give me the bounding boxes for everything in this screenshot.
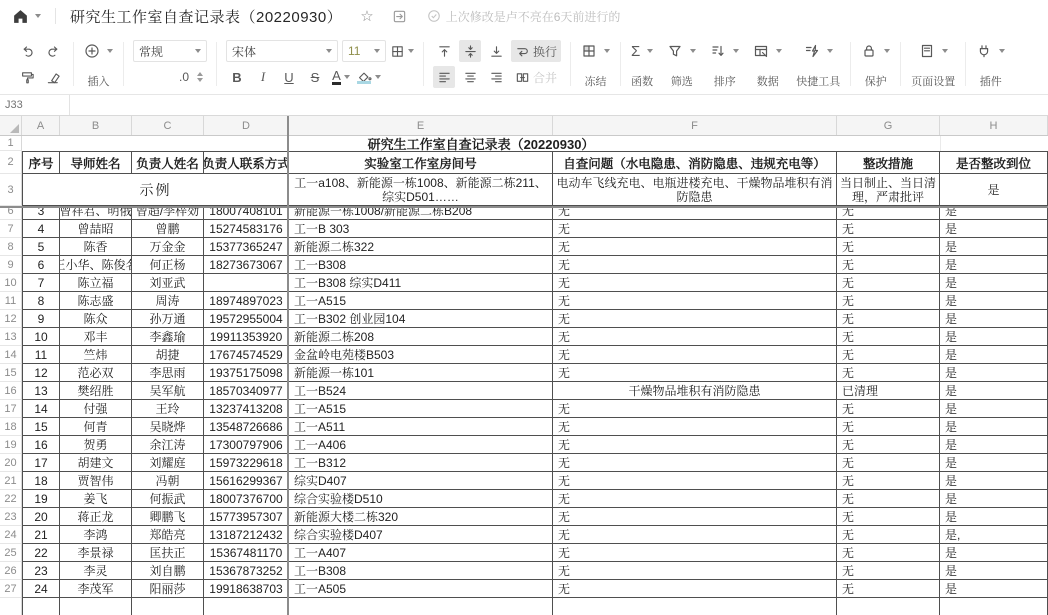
cell-manager[interactable]: 胡捷	[132, 346, 204, 364]
cell-phone[interactable]	[204, 598, 289, 615]
cell-manager[interactable]: 万金金	[132, 238, 204, 256]
cell-mentor[interactable]: 姜飞	[60, 490, 132, 508]
cell-action[interactable]: 无	[837, 418, 940, 436]
valign-top-button[interactable]	[433, 40, 455, 62]
column-header-A[interactable]: A	[22, 116, 60, 135]
cell-mentor[interactable]: 蒋正龙	[60, 508, 132, 526]
cell-done[interactable]: 是,	[940, 526, 1048, 544]
cell-action[interactable]: 无	[837, 526, 940, 544]
sheet-grid: ABCDEFGH 1 研究生工作室自查记录表（20220930） 2 序号 导师…	[0, 116, 1048, 615]
cell-mentor[interactable]: 曾喆昭	[60, 220, 132, 238]
cell-room[interactable]: 金盆岭电苑楼B503	[289, 346, 553, 364]
cell-seq[interactable]: 8	[22, 292, 60, 310]
row-number[interactable]: 16	[0, 382, 22, 400]
filter-button[interactable]: 筛选	[660, 36, 703, 92]
row-number[interactable]: 14	[0, 346, 22, 364]
cell-action[interactable]: 无	[837, 544, 940, 562]
column-header-C[interactable]: C	[132, 116, 204, 135]
cell-phone[interactable]: 17674574529	[204, 346, 289, 364]
cell-action[interactable]: 无	[837, 274, 940, 292]
cell-manager[interactable]: 吴晓烨	[132, 418, 204, 436]
cell-issue[interactable]: 干燥物品堆积有消防隐患	[553, 382, 837, 400]
cell-seq[interactable]: 22	[22, 544, 60, 562]
cell-issue[interactable]: 无	[553, 544, 837, 562]
row-number[interactable]: 2	[0, 151, 22, 174]
column-header-D[interactable]: D	[204, 116, 289, 135]
row-number[interactable]: 19	[0, 436, 22, 454]
row-number[interactable]: 17	[0, 400, 22, 418]
row-number[interactable]: 11	[0, 292, 22, 310]
cell-mentor[interactable]: 李灵	[60, 562, 132, 580]
valign-bottom-icon	[489, 44, 504, 59]
cell-example-action[interactable]: 当日制止、当日清理，严肃批评	[837, 174, 940, 206]
cell-action[interactable]: 无	[837, 310, 940, 328]
cell-issue[interactable]: 无	[553, 328, 837, 346]
cell-seq[interactable]: 10	[22, 328, 60, 346]
cell-header-mentor[interactable]: 导师姓名	[60, 151, 132, 174]
freeze-divider-vertical	[287, 116, 289, 615]
row-number[interactable]: 9	[0, 256, 22, 274]
cell-issue[interactable]: 无	[553, 256, 837, 274]
insert-plus-icon	[84, 43, 100, 59]
chevron-down-icon	[999, 49, 1005, 53]
row-number[interactable]: 8	[0, 238, 22, 256]
cell-issue[interactable]: 无	[553, 454, 837, 472]
cell-action[interactable]: 无	[837, 562, 940, 580]
halign-right-icon	[489, 70, 504, 85]
row-number[interactable]: 3	[0, 174, 22, 206]
cell-issue[interactable]: 无	[553, 526, 837, 544]
cell-done[interactable]: 是	[940, 472, 1048, 490]
cell-mentor[interactable]: 胡建文	[60, 454, 132, 472]
undo-icon	[20, 44, 35, 59]
cell-example-issue[interactable]: 电动车飞线充电、电瓶进楼充电、干燥物品堆积有消防隐患	[553, 174, 837, 206]
cell[interactable]	[940, 136, 1048, 151]
data-rows: 74曾喆昭曾鹏15274583176工一B 303无无是85陈香万金金15377…	[0, 220, 1048, 615]
cell-issue[interactable]: 无	[553, 310, 837, 328]
cell-seq[interactable]: 4	[22, 220, 60, 238]
cell-phone[interactable]	[204, 274, 289, 292]
cell-mentor[interactable]: 贺勇	[60, 436, 132, 454]
font-color-button[interactable]: A	[330, 66, 352, 88]
fill-color-button[interactable]	[356, 66, 381, 88]
cell-header-done[interactable]: 是否整改到位	[940, 151, 1048, 174]
number-format-select[interactable]: 常规	[133, 40, 207, 62]
cell-room[interactable]: 工一B308	[289, 256, 553, 274]
cell-mentor[interactable]: 范必双	[60, 364, 132, 382]
cell-issue[interactable]: 无	[553, 400, 837, 418]
cell-action[interactable]: 无	[837, 508, 940, 526]
cell-done[interactable]: 是	[940, 418, 1048, 436]
cell-done[interactable]: 是	[940, 238, 1048, 256]
cell-header-action[interactable]: 整改措施	[837, 151, 940, 174]
cell-room[interactable]: 新能源大楼二栋320	[289, 508, 553, 526]
halign-center-button[interactable]	[459, 66, 481, 88]
column-header-F[interactable]: F	[553, 116, 837, 135]
table-row: 118陈志盛周涛18974897023工一A515无无是	[0, 292, 1048, 310]
column-header-H[interactable]: H	[940, 116, 1048, 135]
cell-seq[interactable]: 7	[22, 274, 60, 292]
cell-manager[interactable]: 刘耀庭	[132, 454, 204, 472]
cell-room[interactable]: 工一B308 综实D411	[289, 274, 553, 292]
quick-tools-button[interactable]: 快捷工具	[789, 36, 847, 92]
cell-seq[interactable]: 9	[22, 310, 60, 328]
cell-phone[interactable]: 15367873252	[204, 562, 289, 580]
format-painter-icon	[20, 70, 35, 85]
cell-issue[interactable]: 无	[553, 436, 837, 454]
cell-done[interactable]: 是	[940, 208, 1048, 220]
eraser-button[interactable]	[42, 66, 64, 88]
cell-example-done[interactable]: 是	[940, 174, 1048, 206]
cell-phone[interactable]: 13237413208	[204, 400, 289, 418]
cell-room[interactable]: 工一B524	[289, 382, 553, 400]
cell-action[interactable]: 无	[837, 400, 940, 418]
underline-button[interactable]: U	[278, 66, 300, 88]
cell-action[interactable]: 无	[837, 346, 940, 364]
cell-room[interactable]: 综实D407	[289, 472, 553, 490]
cell-manager[interactable]	[132, 598, 204, 615]
cell-phone[interactable]: 18007376700	[204, 490, 289, 508]
cell-room[interactable]: 新能源一栋101	[289, 364, 553, 382]
row-number[interactable]: 10	[0, 274, 22, 292]
cell-seq[interactable]: 3	[22, 208, 60, 220]
cell-issue[interactable]: 无	[553, 238, 837, 256]
cell-phone[interactable]: 15773957307	[204, 508, 289, 526]
cell-phone[interactable]: 18007408101	[204, 208, 289, 220]
cell-action[interactable]: 无	[837, 472, 940, 490]
cell-mentor[interactable]: 陈香	[60, 238, 132, 256]
cell-done[interactable]: 是	[940, 382, 1048, 400]
row-number[interactable]: 7	[0, 220, 22, 238]
app-home-button[interactable]	[12, 8, 41, 25]
row-number[interactable]: 27	[0, 580, 22, 598]
cell-action[interactable]: 无	[837, 238, 940, 256]
cell-phone[interactable]: 15274583176	[204, 220, 289, 238]
redo-button[interactable]	[42, 40, 64, 62]
row-number[interactable]: 25	[0, 544, 22, 562]
row-number[interactable]: 12	[0, 310, 22, 328]
cell-phone[interactable]: 15377365247	[204, 238, 289, 256]
column-header-E[interactable]: E	[289, 116, 553, 135]
cell-issue[interactable]: 无	[553, 274, 837, 292]
valign-middle-button[interactable]	[459, 40, 481, 62]
cell-seq[interactable]: 12	[22, 364, 60, 382]
cell-header-phone[interactable]: 负责人联系方式	[204, 151, 289, 174]
cell-done[interactable]: 是	[940, 436, 1048, 454]
row-number[interactable]: 21	[0, 472, 22, 490]
select-all-triangle-icon	[10, 124, 19, 133]
row-number[interactable]: 6	[0, 208, 22, 220]
cell-issue[interactable]: 无	[553, 346, 837, 364]
cell-done[interactable]: 是	[940, 490, 1048, 508]
fill-color-swatch	[357, 81, 371, 84]
row-number[interactable]: 22	[0, 490, 22, 508]
cell-manager[interactable]: 曾鹏	[132, 220, 204, 238]
table-row: 2118贾智伟冯朝15616299367综实D407无无是	[0, 472, 1048, 490]
cell-seq[interactable]: 5	[22, 238, 60, 256]
cell-phone[interactable]: 19918638703	[204, 580, 289, 598]
cell-seq[interactable]: 20	[22, 508, 60, 526]
cell-done[interactable]: 是	[940, 508, 1048, 526]
bold-button[interactable]: B	[226, 66, 248, 88]
cell-header-issue[interactable]: 自查问题（水电隐患、消防隐患、违规充电等）	[553, 151, 837, 174]
cell-manager[interactable]: 曾超/李梓効	[132, 208, 204, 220]
cell-done[interactable]: 是	[940, 292, 1048, 310]
table-row: 2219姜飞何振武18007376700综合实验楼D510无无是	[0, 490, 1048, 508]
strikethrough-button[interactable]: S	[304, 66, 326, 88]
cell-done[interactable]: 是	[940, 400, 1048, 418]
cell-manager[interactable]: 刘亚武	[132, 274, 204, 292]
cell-manager[interactable]: 冯朝	[132, 472, 204, 490]
function-button[interactable]: Σ 函数	[624, 36, 660, 92]
font-size-select[interactable]: 11	[342, 40, 386, 62]
cell-issue[interactable]	[553, 598, 837, 615]
home-icon	[12, 8, 29, 25]
cell-room[interactable]: 工一A515	[289, 292, 553, 310]
cell-mentor[interactable]: 曾祥君、明俄	[60, 208, 132, 220]
cell-header-room[interactable]: 实验室工作室房间号	[289, 151, 553, 174]
cell-room[interactable]: 工一B 303	[289, 220, 553, 238]
cell-seq[interactable]: 18	[22, 472, 60, 490]
cell-mentor[interactable]: 陈立福	[60, 274, 132, 292]
star-icon[interactable]: ☆	[360, 7, 373, 25]
cell-mentor[interactable]: 樊绍胜	[60, 382, 132, 400]
cell-room[interactable]: 工一B312	[289, 454, 553, 472]
name-box[interactable]: J33	[0, 95, 70, 115]
cell-room[interactable]: 综合实验楼D510	[289, 490, 553, 508]
cell-seq[interactable]: 11	[22, 346, 60, 364]
cell-manager[interactable]: 孙万通	[132, 310, 204, 328]
cell-manager[interactable]: 阳丽莎	[132, 580, 204, 598]
cell-manager[interactable]: 卿鹏飞	[132, 508, 204, 526]
select-all-corner[interactable]	[0, 116, 22, 135]
cell-phone[interactable]: 13187212432	[204, 526, 289, 544]
cell-seq[interactable]: 13	[22, 382, 60, 400]
spreadsheet-app: 研究生工作室自查记录表（20220930） ☆ 上次修改是卢不亮在6天前进行的 …	[0, 0, 1048, 615]
halign-left-button[interactable]	[433, 66, 455, 88]
plugins-button[interactable]: 插件	[969, 36, 1012, 92]
cell-issue[interactable]: 无	[553, 220, 837, 238]
cell-issue[interactable]: 无	[553, 508, 837, 526]
cell-mentor[interactable]: 陈志盛	[60, 292, 132, 310]
cell-done[interactable]: 是	[940, 310, 1048, 328]
table-row: 74曾喆昭曾鹏15274583176工一B 303无无是	[0, 220, 1048, 238]
doc-title[interactable]: 研究生工作室自查记录表（20220930）	[70, 6, 342, 27]
row-number[interactable]	[0, 598, 22, 615]
cell-phone[interactable]: 15973229618	[204, 454, 289, 472]
cell-issue[interactable]: 无	[553, 562, 837, 580]
format-painter-button[interactable]	[16, 66, 38, 88]
cell-mentor[interactable]: 付强	[60, 400, 132, 418]
cell-room[interactable]: 工一B302 创业园104	[289, 310, 553, 328]
table-row: 2623李灵刘自鹏15367873252工一B308无无是	[0, 562, 1048, 580]
cell-issue[interactable]: 无	[553, 580, 837, 598]
cell-room[interactable]: 工一B308	[289, 562, 553, 580]
cell-issue[interactable]: 无	[553, 208, 837, 220]
cell-seq[interactable]	[22, 598, 60, 615]
borders-button[interactable]	[390, 40, 414, 62]
cell-header-seq[interactable]: 序号	[22, 151, 60, 174]
cell-header-manager[interactable]: 负责人姓名	[132, 151, 204, 174]
cell-done[interactable]	[940, 598, 1048, 615]
undo-button[interactable]	[16, 40, 38, 62]
cell-done[interactable]: 是	[940, 364, 1048, 382]
column-header-G[interactable]: G	[837, 116, 940, 135]
cell-action[interactable]: 无	[837, 208, 940, 220]
cell-manager[interactable]: 何正杨	[132, 256, 204, 274]
cell-done[interactable]: 是	[940, 580, 1048, 598]
font-select[interactable]: 宋体	[226, 40, 338, 62]
cell-room[interactable]: 工一A515	[289, 400, 553, 418]
chevron-down-icon	[408, 49, 414, 53]
cell-action[interactable]: 无	[837, 220, 940, 238]
cell-action[interactable]: 无	[837, 328, 940, 346]
cell-manager[interactable]: 刘自鹏	[132, 562, 204, 580]
row-number[interactable]: 15	[0, 364, 22, 382]
cell-issue[interactable]: 无	[553, 490, 837, 508]
cell-issue[interactable]: 无	[553, 292, 837, 310]
row-number[interactable]: 23	[0, 508, 22, 526]
cell-done[interactable]: 是	[940, 328, 1048, 346]
table-row: 2017胡建文刘耀庭15973229618工一B312无无是	[0, 454, 1048, 472]
cell-manager[interactable]: 李思雨	[132, 364, 204, 382]
cell-action[interactable]: 无	[837, 436, 940, 454]
cell-seq[interactable]: 17	[22, 454, 60, 472]
cell-issue[interactable]: 无	[553, 418, 837, 436]
cell-done[interactable]: 是	[940, 562, 1048, 580]
cell-action[interactable]: 无	[837, 580, 940, 598]
cell-phone[interactable]: 18570340977	[204, 382, 289, 400]
cell-manager[interactable]: 周涛	[132, 292, 204, 310]
cell-seq[interactable]: 15	[22, 418, 60, 436]
cell-mentor[interactable]: 李景禄	[60, 544, 132, 562]
cell-done[interactable]: 是	[940, 274, 1048, 292]
cell-action[interactable]: 无	[837, 256, 940, 274]
cell-seq[interactable]: 24	[22, 580, 60, 598]
row-number[interactable]: 20	[0, 454, 22, 472]
cell-seq[interactable]: 16	[22, 436, 60, 454]
cell-room[interactable]: 工一A406	[289, 436, 553, 454]
column-header-B[interactable]: B	[60, 116, 132, 135]
cell-issue[interactable]: 无	[553, 472, 837, 490]
cell-mentor[interactable]: 何青	[60, 418, 132, 436]
cell-done[interactable]: 是	[940, 346, 1048, 364]
cell-mentor[interactable]	[60, 598, 132, 615]
cell-mentor[interactable]: 邓丰	[60, 328, 132, 346]
protect-button[interactable]: 保护	[854, 36, 897, 92]
insert-button[interactable]: 插入	[77, 36, 120, 92]
cell-seq[interactable]: 21	[22, 526, 60, 544]
table-row: 2724李茂军阳丽莎19918638703工一A505无无是	[0, 580, 1048, 598]
row-number[interactable]: 24	[0, 526, 22, 544]
titlebar: 研究生工作室自查记录表（20220930） ☆ 上次修改是卢不亮在6天前进行的	[0, 0, 1048, 32]
page-setup-button[interactable]: 页面设置	[904, 36, 962, 92]
cell-action[interactable]: 无	[837, 454, 940, 472]
cell-example-room[interactable]: 工一a108、新能源一栋1008、新能源二栋211、综实D501……	[289, 174, 553, 206]
cell-mentor[interactable]: 贾智伟	[60, 472, 132, 490]
cell-seq[interactable]: 14	[22, 400, 60, 418]
cell-manager[interactable]: 匡扶正	[132, 544, 204, 562]
freeze-button[interactable]: 冻结	[574, 36, 617, 92]
table-row: 96王小华、陈俊名何正杨18273673067工一B308无无是	[0, 256, 1048, 274]
cell-manager[interactable]: 王玲	[132, 400, 204, 418]
valign-bottom-button[interactable]	[485, 40, 507, 62]
cell-phone[interactable]: 15616299367	[204, 472, 289, 490]
cell-phone[interactable]: 18273673067	[204, 256, 289, 274]
cell-phone[interactable]: 17300797906	[204, 436, 289, 454]
cell-manager[interactable]: 郑皓亮	[132, 526, 204, 544]
cell-phone[interactable]: 19911353920	[204, 328, 289, 346]
cell-done[interactable]: 是	[940, 454, 1048, 472]
cell-sheet-title[interactable]: 研究生工作室自查记录表（20220930）	[22, 136, 940, 151]
row-number[interactable]: 26	[0, 562, 22, 580]
cell-action[interactable]: 无	[837, 490, 940, 508]
data-tools-button[interactable]: 数据	[746, 36, 789, 92]
cell-phone[interactable]: 18974897023	[204, 292, 289, 310]
cell-manager[interactable]: 余江涛	[132, 436, 204, 454]
cell-manager[interactable]: 吴军航	[132, 382, 204, 400]
decimal-stepper[interactable]	[197, 72, 203, 82]
cell-action[interactable]: 已清理	[837, 382, 940, 400]
table-row: 85陈香万金金15377365247新能源二栋322无无是	[0, 238, 1048, 256]
cell-issue[interactable]: 无	[553, 364, 837, 382]
cell-mentor[interactable]: 李茂军	[60, 580, 132, 598]
row-number[interactable]: 13	[0, 328, 22, 346]
cell-manager[interactable]: 李鑫瑜	[132, 328, 204, 346]
merge-cells-icon	[515, 70, 530, 85]
cell-mentor[interactable]: 王小华、陈俊名	[60, 256, 132, 274]
cell-phone[interactable]: 19375175098	[204, 364, 289, 382]
cell-example-label[interactable]: 示例	[22, 174, 289, 206]
cell-phone[interactable]: 19572955004	[204, 310, 289, 328]
cell-manager[interactable]: 何振武	[132, 490, 204, 508]
cell-mentor[interactable]: 陈众	[60, 310, 132, 328]
halign-right-button[interactable]	[485, 66, 507, 88]
cell-phone[interactable]: 15367481170	[204, 544, 289, 562]
cell-room[interactable]: 工一A407	[289, 544, 553, 562]
row-number[interactable]: 1	[0, 136, 22, 151]
cell-room[interactable]	[289, 598, 553, 615]
move-to-folder-icon[interactable]	[392, 9, 407, 24]
cell-phone[interactable]: 13548726686	[204, 418, 289, 436]
sigma-icon: Σ	[631, 43, 640, 60]
cell-room[interactable]: 综合实验楼D407	[289, 526, 553, 544]
cell-action[interactable]: 无	[837, 364, 940, 382]
cell-seq[interactable]: 6	[22, 256, 60, 274]
cell-action[interactable]	[837, 598, 940, 615]
cell-action[interactable]: 无	[837, 292, 940, 310]
table-row: 129陈众孙万通19572955004工一B302 创业园104无无是	[0, 310, 1048, 328]
wrap-text-button[interactable]: 换行	[511, 40, 561, 62]
cell-done[interactable]: 是	[940, 220, 1048, 238]
lightning-icon	[804, 43, 820, 59]
cell-room[interactable]: 新能源二栋208	[289, 328, 553, 346]
cell-mentor[interactable]: 李鸿	[60, 526, 132, 544]
cell-room[interactable]: 新能源二栋322	[289, 238, 553, 256]
cell-done[interactable]: 是	[940, 544, 1048, 562]
cell-room[interactable]: 工一A511	[289, 418, 553, 436]
row-number[interactable]: 18	[0, 418, 22, 436]
italic-button[interactable]: I	[252, 66, 274, 88]
cell-done[interactable]: 是	[940, 256, 1048, 274]
cell-seq[interactable]: 23	[22, 562, 60, 580]
cell-seq[interactable]: 19	[22, 490, 60, 508]
cell-room[interactable]: 工一A505	[289, 580, 553, 598]
cell-room[interactable]: 新能源一栋1008/新能源二栋B208	[289, 208, 553, 220]
formula-input[interactable]	[70, 95, 1048, 115]
cell-mentor[interactable]: 竺炜	[60, 346, 132, 364]
sort-button[interactable]: 排序	[703, 36, 746, 92]
